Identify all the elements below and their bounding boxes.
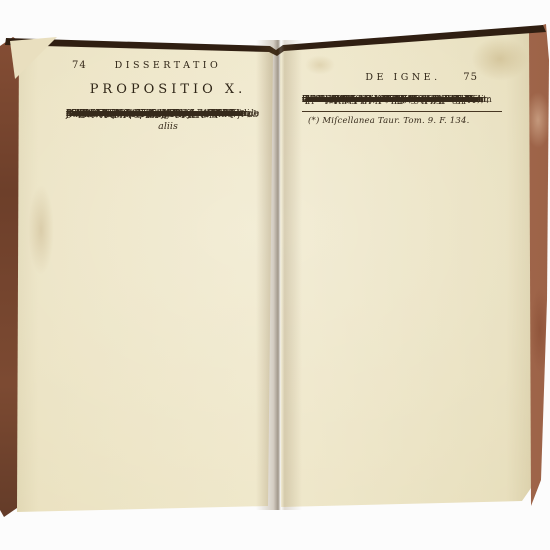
right-page-header: DE IGNE. 75: [302, 72, 504, 84]
right-page-text: DE IGNE. 75 norem, quo plus exſiſtit, vt…: [302, 72, 504, 126]
text-line: talium ſpirituum in fluido minus, eo mi-: [66, 109, 238, 120]
left-page-header: 74 DISSERTATIO: [66, 60, 270, 72]
page-number: 75: [463, 72, 478, 83]
footnote-rule: [302, 111, 502, 112]
left-page-text: 74 DISSERTATIO PROPOSITIO X. Calor in va…: [66, 60, 270, 119]
text-line: repulſione ſoluit.: [302, 95, 375, 106]
footnote: (*) Miſcellanea Taur. Tom. 9. F. 134.: [302, 116, 504, 126]
book-photo: 74 DISSERTATIO PROPOSITIO X. Calor in va…: [0, 0, 550, 550]
running-title: DISSERTATIO: [66, 60, 270, 71]
proposition-heading: PROPOSITIO X.: [66, 82, 270, 97]
page-number: 74: [72, 60, 87, 71]
stain: [24, 170, 58, 290]
